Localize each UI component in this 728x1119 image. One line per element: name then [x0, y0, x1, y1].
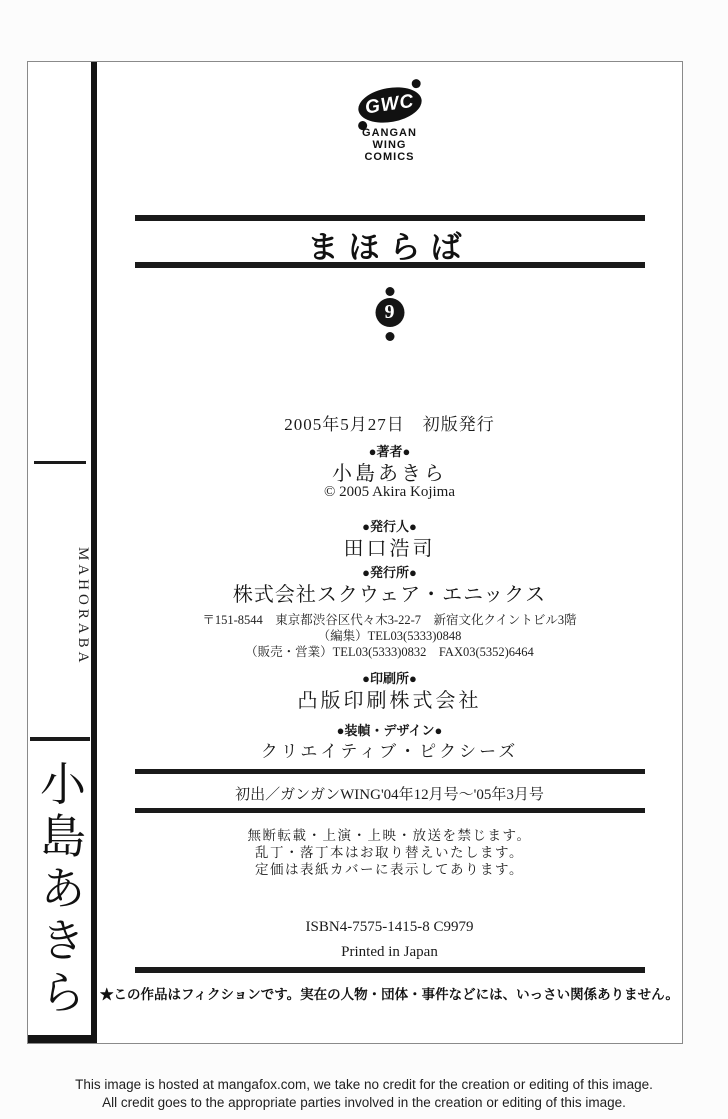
hosting-disclaimer: This image is hosted at mangafox.com, we… [0, 1076, 728, 1111]
tel-sales: （販売・営業）TEL03(5333)0832 FAX03(5352)6464 [97, 642, 682, 660]
fiction-disclaimer: ★この作品はフィクションです。実在の人物・団体・事件などには、いっさい関係ありま… [97, 983, 682, 1003]
author-name: 小島あきら [97, 457, 682, 486]
logo-wordmark: GANGAN WING COMICS [362, 127, 417, 163]
logo-word: GANGAN [362, 127, 417, 139]
first-serialization-line: 初出／ガンガンWING'04年12月号～'05年3月号 [97, 783, 682, 804]
issuer-name: 田口浩司 [97, 532, 682, 561]
title-rule-top [135, 215, 645, 221]
notice-line: 定価は表紙カバーに表示してあります。 [97, 858, 682, 878]
printer-name: 凸版印刷株式会社 [97, 684, 682, 713]
volume-number-badge: 9 [375, 298, 404, 327]
edition-date-line: 2005年5月27日 初版発行 [97, 410, 682, 435]
printed-in-japan-line: Printed in Japan [97, 944, 682, 961]
logo-word: WING [362, 139, 417, 151]
publisher-name: 株式会社スクウェア・エニックス [97, 578, 682, 607]
gangan-wing-comics-logo: GWC GANGAN WING COMICS [97, 88, 682, 163]
page-canvas: MAHORABA 小島あきら GWC GANGAN WING COMICS [0, 0, 728, 1119]
spine-romaji-title: MAHORABA [28, 536, 91, 678]
spine-tick-top [34, 461, 86, 464]
spine-column: MAHORABA 小島あきら [28, 62, 97, 1043]
gwc-acronym: GWC [363, 91, 415, 120]
hosting-disclaimer-line2: All credit goes to the appropriate parti… [0, 1094, 728, 1112]
dot-icon [385, 332, 394, 341]
isbn-line: ISBN4-7575-1415-8 C9979 [97, 919, 682, 936]
book-title: まほらば [97, 222, 682, 267]
design-name: クリエイティブ・ピクシーズ [97, 737, 682, 762]
gwc-oval-icon: GWC [355, 83, 424, 128]
dot-icon [385, 287, 394, 296]
main-column: GWC GANGAN WING COMICS まほらば 9 2005年5月27日… [97, 62, 682, 1043]
separator-rule [135, 808, 645, 813]
spine-author-name: 小島あきら [28, 754, 91, 1026]
separator-rule [135, 769, 645, 774]
hosting-disclaimer-line1: This image is hosted at mangafox.com, we… [0, 1076, 728, 1094]
spine-tick-middle [30, 737, 90, 741]
title-rule-bottom [135, 262, 645, 268]
copyright-line: © 2005 Akira Kojima [97, 484, 682, 501]
colophon-page: MAHORABA 小島あきら GWC GANGAN WING COMICS [27, 61, 683, 1044]
logo-dot-icon [410, 78, 420, 88]
separator-rule [135, 967, 645, 973]
logo-word: COMICS [362, 151, 417, 163]
spine-bottom-bar [28, 1035, 97, 1043]
